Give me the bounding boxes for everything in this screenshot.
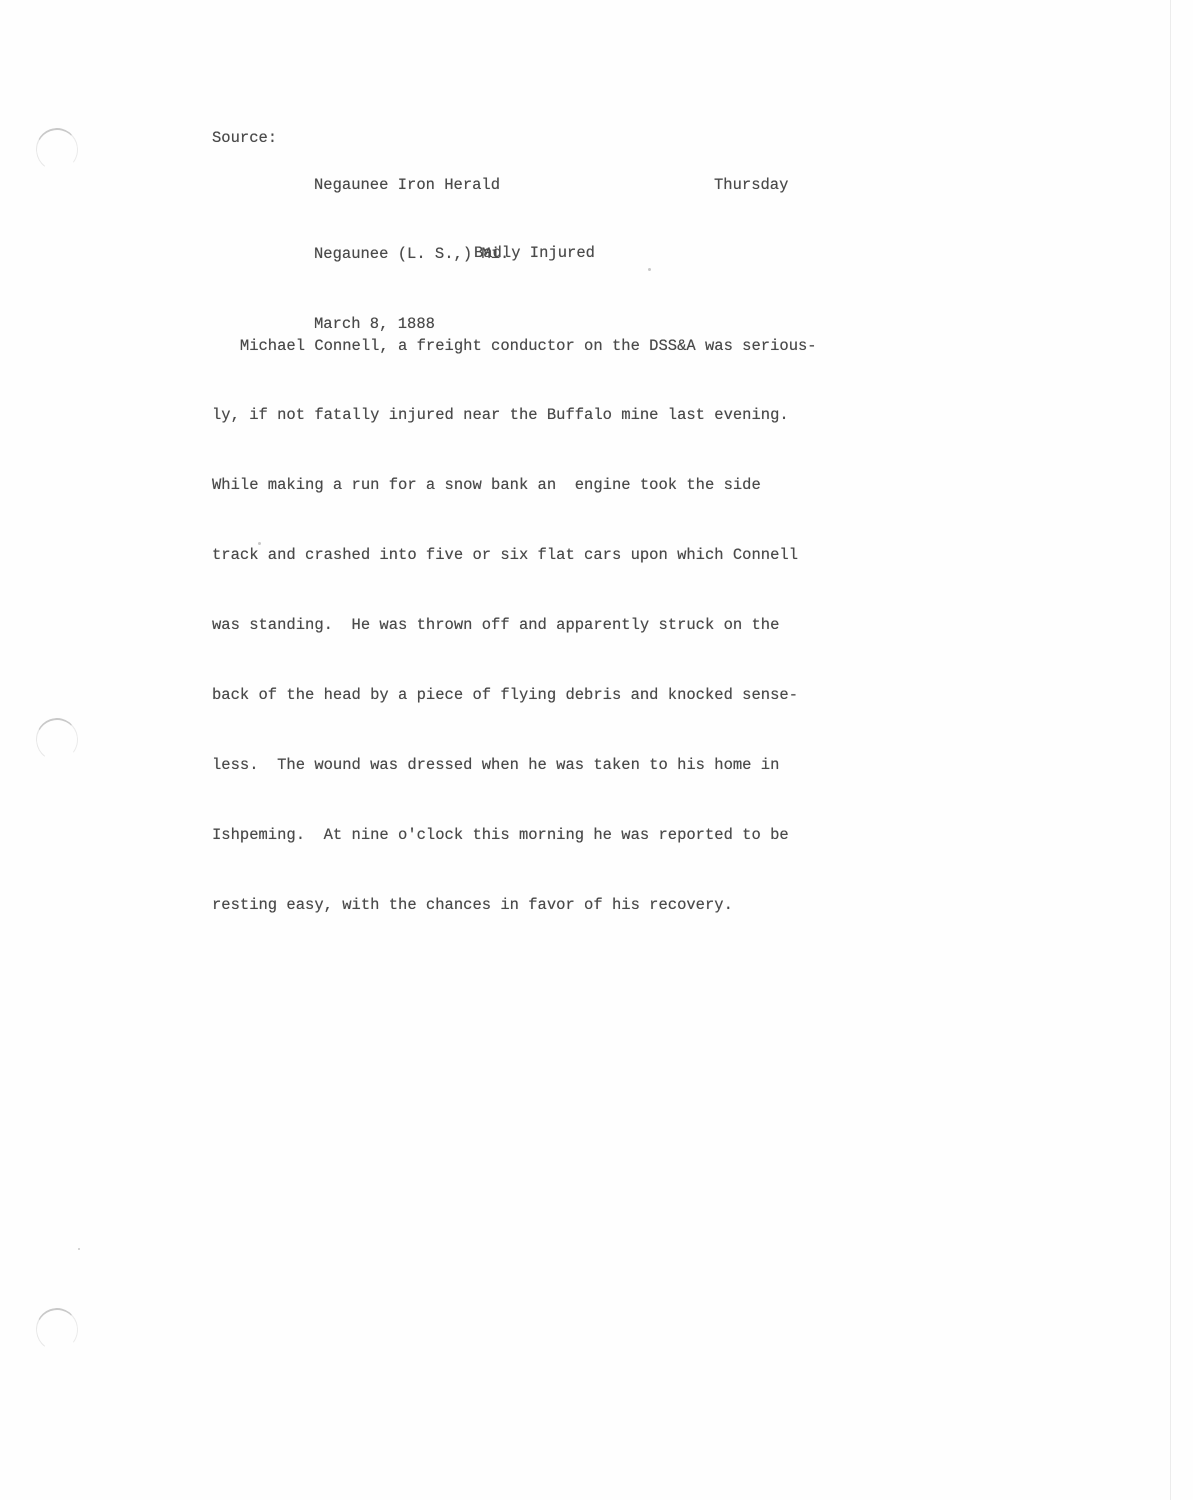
body-line: Ishpeming. At nine o'clock this morning … — [212, 824, 817, 847]
punch-hole-middle — [33, 715, 81, 763]
body-line: While making a run for a snow bank an en… — [212, 474, 817, 497]
body-line: resting easy, with the chances in favor … — [212, 894, 817, 917]
source-label: Source: — [212, 127, 277, 150]
body-line: was standing. He was thrown off and appa… — [212, 614, 817, 637]
body-line: ly, if not fatally injured near the Buff… — [212, 404, 817, 427]
page-edge-line — [1170, 0, 1171, 1500]
source-publication: Negaunee Iron Herald — [314, 174, 509, 197]
punch-hole-bottom — [33, 1305, 81, 1353]
punch-hole-top — [33, 125, 81, 173]
body-line: back of the head by a piece of flying de… — [212, 684, 817, 707]
body-line: track and crashed into five or six flat … — [212, 544, 817, 567]
body-line: Michael Connell, a freight conductor on … — [212, 335, 817, 358]
paper-speck — [78, 1248, 80, 1250]
article-body: Michael Connell, a freight conductor on … — [212, 288, 817, 964]
paper-speck — [648, 268, 651, 271]
article-headline: Badly Injured — [474, 242, 595, 265]
source-day: Thursday — [714, 174, 788, 197]
scanned-document-page: Source: Negaunee Iron Herald Negaunee (L… — [0, 0, 1193, 1500]
body-line: less. The wound was dressed when he was … — [212, 754, 817, 777]
